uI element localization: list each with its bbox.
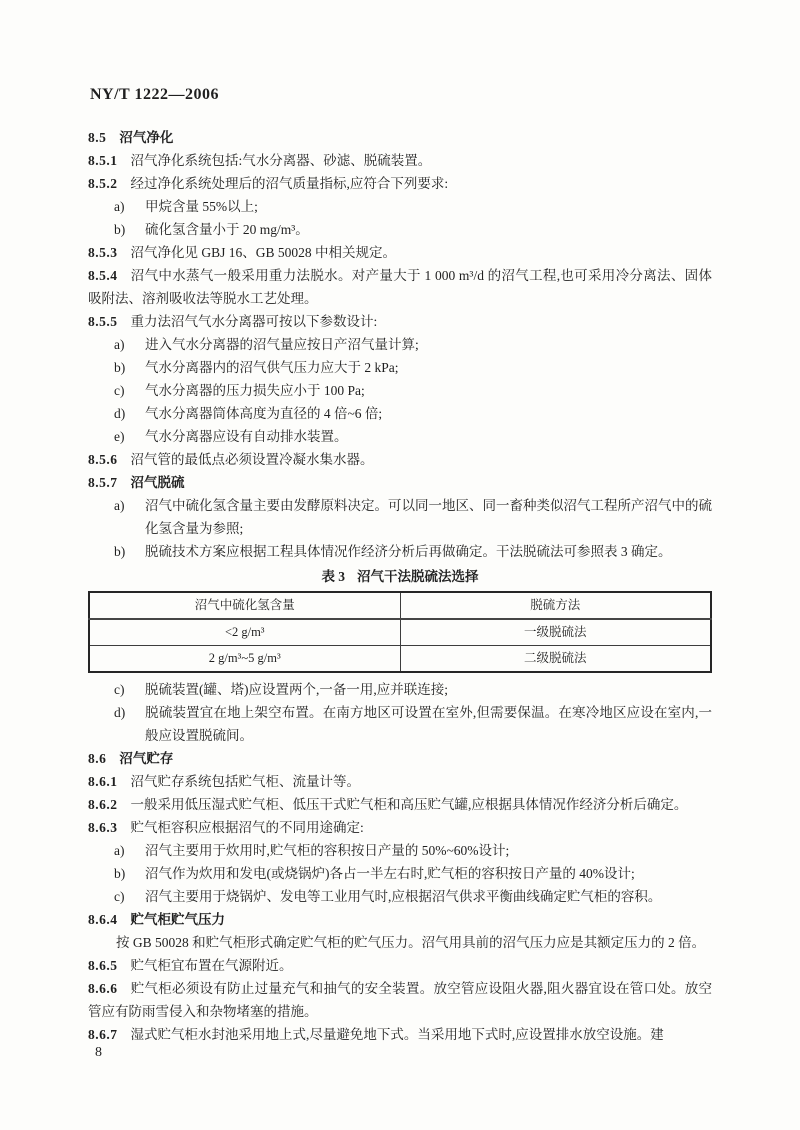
- list-item-c: c)沼气主要用于烧锅炉、发电等工业用气时,应根据沼气供求平衡曲线确定贮气柜的容积…: [88, 885, 712, 908]
- clause-text: 沼气净化见 GBJ 16、GB 50028 中相关规定。: [131, 245, 397, 260]
- list-item-c: c)脱硫装置(罐、塔)应设置两个,一备一用,应并联连接;: [88, 678, 712, 701]
- clause-number: 8.6.1: [88, 774, 118, 789]
- clause-number: 8.5.5: [88, 314, 118, 329]
- list-item-a: a)沼气主要用于炊用时,贮气柜的容积按日产量的 50%~60%设计;: [88, 839, 712, 862]
- desulfurization-method-table: 沼气中硫化氢含量脱硫方法<2 g/m³一级脱硫法2 g/m³~5 g/m³二级脱…: [88, 591, 712, 673]
- list-item-letter: b): [114, 356, 145, 379]
- table-row: <2 g/m³一级脱硫法: [89, 619, 711, 646]
- list-item-text: 气水分离器的压力损失应小于 100 Pa;: [145, 383, 365, 398]
- clause-8-6-2: 8.6.2一般采用低压湿式贮气柜、低压干式贮气柜和高压贮气罐,应根据具体情况作经…: [88, 793, 712, 816]
- clause-heading-8-5-7: 8.5.7沼气脱硫: [88, 471, 712, 494]
- list-item-letter: b): [114, 218, 145, 241]
- list-item-letter: c): [114, 885, 145, 908]
- list-item-text: 气水分离器内的沼气供气压力应大于 2 kPa;: [145, 360, 399, 375]
- clause-text: 沼气贮存系统包括贮气柜、流量计等。: [131, 774, 361, 789]
- clause-number: 8.6.7: [88, 1027, 118, 1042]
- table-caption-label: 表 3: [321, 569, 345, 584]
- list-item-letter: a): [114, 494, 145, 517]
- table-cell: 2 g/m³~5 g/m³: [89, 646, 400, 673]
- list-item-letter: b): [114, 862, 145, 885]
- table-cell: 一级脱硫法: [400, 619, 711, 646]
- list-item-d: d)气水分离器筒体高度为直径的 4 倍~6 倍;: [88, 402, 712, 425]
- clause-text: 贮气柜容积应根据沼气的不同用途确定:: [131, 820, 364, 835]
- list-item-d: d)脱硫装置宜在地上架空布置。在南方地区可设置在室外,但需要保温。在寒冷地区应设…: [88, 701, 712, 747]
- clause-text: 沼气管的最低点必须设置冷凝水集水器。: [131, 452, 374, 467]
- list-item-letter: e): [114, 425, 145, 448]
- clause-number: 8.5: [88, 130, 106, 145]
- list-item-e: e)气水分离器应设有自动排水装置。: [88, 425, 712, 448]
- clause-number: 8.6.3: [88, 820, 118, 835]
- clause-heading-8-5: 8.5沼气净化: [88, 126, 712, 149]
- list-item-b: b)沼气作为炊用和发电(或烧锅炉)各占一半左右时,贮气柜的容积按日产量的 40%…: [88, 862, 712, 885]
- clause-8-6-6: 8.6.6贮气柜必须设有防止过量充气和抽气的安全装置。放空管应设阻火器,阻火器宜…: [88, 977, 712, 1023]
- clause-8-6-1: 8.6.1沼气贮存系统包括贮气柜、流量计等。: [88, 770, 712, 793]
- clause-8-5-5: 8.5.5重力法沼气气水分离器可按以下参数设计:: [88, 310, 712, 333]
- list-item-letter: c): [114, 678, 145, 701]
- list-item-b: b)脱硫技术方案应根据工程具体情况作经济分析后再做确定。干法脱硫法可参照表 3 …: [88, 540, 712, 563]
- clause-number: 8.5.6: [88, 452, 118, 467]
- clause-number: 8.6: [88, 751, 106, 766]
- clause-number: 8.6.4: [88, 912, 118, 927]
- clause-number: 8.5.3: [88, 245, 118, 260]
- list-item-text: 脱硫装置(罐、塔)应设置两个,一备一用,应并联连接;: [145, 682, 448, 697]
- list-item-a: a)甲烷含量 55%以上;: [88, 195, 712, 218]
- table-caption: 表 3沼气干法脱硫法选择: [88, 565, 712, 588]
- clause-number: 8.6.5: [88, 958, 118, 973]
- list-item-b: b)硫化氢含量小于 20 mg/m³。: [88, 218, 712, 241]
- clause-8-5-4: 8.5.4沼气中水蒸气一般采用重力法脱水。对产量大于 1 000 m³/d 的沼…: [88, 264, 712, 310]
- list-item-letter: d): [114, 402, 145, 425]
- table-header-cell: 沼气中硫化氢含量: [89, 592, 400, 619]
- clause-text: 经过净化系统处理后的沼气质量指标,应符合下列要求:: [131, 176, 449, 191]
- clause-number: 8.6.6: [88, 981, 118, 996]
- list-item-text: 沼气中硫化氢含量主要由发酵原料决定。可以同一地区、同一畜种类似沼气工程所产沼气中…: [145, 498, 712, 536]
- scanned-document-page: NY/T 1222—2006 8.5沼气净化8.5.1沼气净化系统包括:气水分离…: [0, 0, 800, 1130]
- clause-8-5-2: 8.5.2经过净化系统处理后的沼气质量指标,应符合下列要求:: [88, 172, 712, 195]
- clause-8-6-7: 8.6.7湿式贮气柜水封池采用地上式,尽量避免地下式。当采用地下式时,应设置排水…: [88, 1023, 712, 1046]
- table-cell: <2 g/m³: [89, 619, 400, 646]
- clause-text: 一般采用低压湿式贮气柜、低压干式贮气柜和高压贮气罐,应根据具体情况作经济分析后确…: [131, 797, 688, 812]
- page-number: 8: [95, 1042, 102, 1064]
- clause-number: 8.5.7: [88, 475, 118, 490]
- list-item-text: 气水分离器应设有自动排水装置。: [145, 429, 348, 444]
- clause-text: 贮气柜必须设有防止过量充气和抽气的安全装置。放空管应设阻火器,阻火器宜设在管口处…: [88, 981, 712, 1019]
- list-item-text: 沼气主要用于烧锅炉、发电等工业用气时,应根据沼气供求平衡曲线确定贮气柜的容积。: [145, 889, 661, 904]
- table-row: 2 g/m³~5 g/m³二级脱硫法: [89, 646, 711, 673]
- list-item-letter: a): [114, 839, 145, 862]
- clause-heading-8-6-4: 8.6.4贮气柜贮气压力: [88, 908, 712, 931]
- clause-text: 贮气柜宜布置在气源附近。: [131, 958, 293, 973]
- list-item-b: b)气水分离器内的沼气供气压力应大于 2 kPa;: [88, 356, 712, 379]
- list-item-letter: c): [114, 379, 145, 402]
- list-item-letter: a): [114, 333, 145, 356]
- clause-text: 湿式贮气柜水封池采用地上式,尽量避免地下式。当采用地下式时,应设置排水放空设施。…: [131, 1027, 664, 1042]
- clause-text: 贮气柜贮气压力: [131, 912, 226, 927]
- list-item-text: 脱硫技术方案应根据工程具体情况作经济分析后再做确定。干法脱硫法可参照表 3 确定…: [145, 544, 672, 559]
- clause-8-5-6: 8.5.6沼气管的最低点必须设置冷凝水集水器。: [88, 448, 712, 471]
- clause-text: 沼气净化: [119, 130, 173, 145]
- table-cell: 二级脱硫法: [400, 646, 711, 673]
- clause-8-5-1: 8.5.1沼气净化系统包括:气水分离器、砂滤、脱硫装置。: [88, 149, 712, 172]
- list-item-text: 硫化氢含量小于 20 mg/m³。: [145, 222, 309, 237]
- document-body: 8.5沼气净化8.5.1沼气净化系统包括:气水分离器、砂滤、脱硫装置。8.5.2…: [88, 126, 712, 1046]
- list-item-text: 甲烷含量 55%以上;: [145, 199, 258, 214]
- list-item-letter: a): [114, 195, 145, 218]
- list-item-a: a)沼气中硫化氢含量主要由发酵原料决定。可以同一地区、同一畜种类似沼气工程所产沼…: [88, 494, 712, 540]
- clause-number: 8.6.2: [88, 797, 118, 812]
- list-item-text: 沼气主要用于炊用时,贮气柜的容积按日产量的 50%~60%设计;: [145, 843, 509, 858]
- table-header-cell: 脱硫方法: [400, 592, 711, 619]
- list-item-letter: b): [114, 540, 145, 563]
- clause-text: 重力法沼气气水分离器可按以下参数设计:: [131, 314, 378, 329]
- standard-number-header: NY/T 1222—2006: [90, 86, 219, 104]
- list-item-text: 沼气作为炊用和发电(或烧锅炉)各占一半左右时,贮气柜的容积按日产量的 40%设计…: [145, 866, 635, 881]
- clause-8-6-3: 8.6.3贮气柜容积应根据沼气的不同用途确定:: [88, 816, 712, 839]
- clause-text: 沼气净化系统包括:气水分离器、砂滤、脱硫装置。: [131, 153, 432, 168]
- list-item-c: c)气水分离器的压力损失应小于 100 Pa;: [88, 379, 712, 402]
- table-header-row: 沼气中硫化氢含量脱硫方法: [89, 592, 711, 619]
- clause-text: 沼气贮存: [119, 751, 173, 766]
- clause-8-6-5: 8.6.5贮气柜宜布置在气源附近。: [88, 954, 712, 977]
- clause-text: 沼气中水蒸气一般采用重力法脱水。对产量大于 1 000 m³/d 的沼气工程,也…: [88, 268, 712, 306]
- clause-number: 8.5.2: [88, 176, 118, 191]
- clause-number: 8.5.1: [88, 153, 118, 168]
- clause-heading-8-6: 8.6沼气贮存: [88, 747, 712, 770]
- clause-number: 8.5.4: [88, 268, 118, 283]
- list-item-text: 气水分离器筒体高度为直径的 4 倍~6 倍;: [145, 406, 382, 421]
- list-item-text: 进入气水分离器的沼气量应按日产沼气量计算;: [145, 337, 419, 352]
- list-item-letter: d): [114, 701, 145, 724]
- clause-text: 沼气脱硫: [131, 475, 185, 490]
- list-item-a: a)进入气水分离器的沼气量应按日产沼气量计算;: [88, 333, 712, 356]
- table-caption-title: 沼气干法脱硫法选择: [357, 569, 479, 584]
- indented-paragraph: 按 GB 50028 和贮气柜形式确定贮气柜的贮气压力。沼气用具前的沼气压力应是…: [88, 931, 712, 954]
- list-item-text: 脱硫装置宜在地上架空布置。在南方地区可设置在室外,但需要保温。在寒冷地区应设在室…: [145, 705, 712, 743]
- clause-8-5-3: 8.5.3沼气净化见 GBJ 16、GB 50028 中相关规定。: [88, 241, 712, 264]
